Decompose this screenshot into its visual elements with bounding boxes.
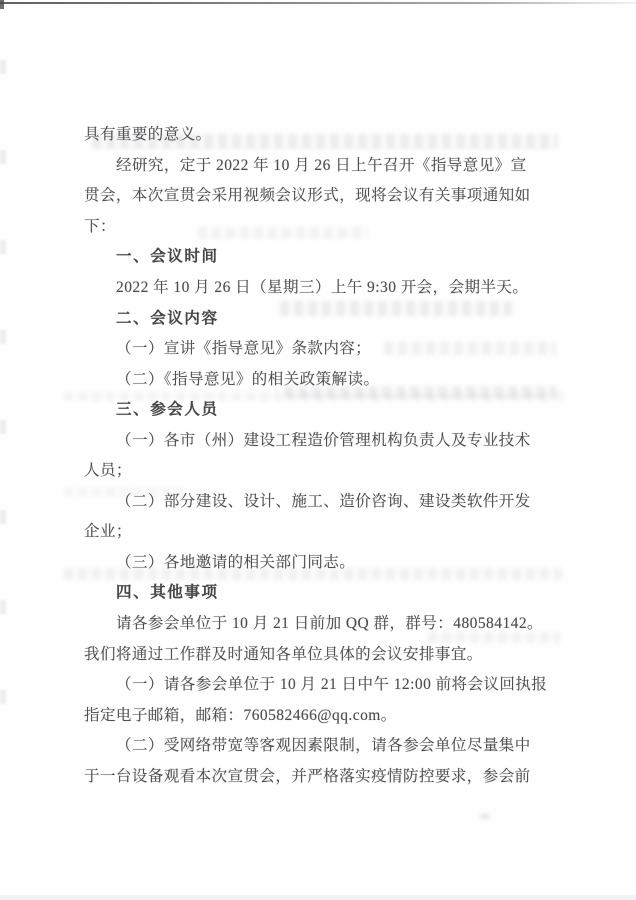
document-text-line: 贯会，本次宣贯会采用视频会议形式，现将会议有关事项通知如 xyxy=(84,179,570,210)
document-text-line: 具有重要的意义。 xyxy=(84,118,570,149)
section-heading-line: 二、会议内容 xyxy=(84,301,570,332)
section-heading-line: 三、参会人员 xyxy=(84,393,570,424)
scan-top-edge-artifact xyxy=(0,2,636,4)
document-text-line: （二）《指导意见》的相关政策解读。 xyxy=(84,362,570,393)
document-text-line: 请各参会单位于 10 月 21 日前加 QQ 群，群号：480584142。 xyxy=(84,607,570,638)
document-text-line: （一）请各参会单位于 10 月 21 日中午 12:00 前将会议回执报 xyxy=(84,668,570,699)
scan-bottom-edge-artifact xyxy=(0,895,636,900)
scanned-document-page: 具有重要的意义。经研究，定于 2022 年 10 月 26 日上午召开《指导意见… xyxy=(0,0,636,900)
document-text-line: 经研究，定于 2022 年 10 月 26 日上午召开《指导意见》宣 xyxy=(84,149,570,180)
bleedthrough-artifact xyxy=(480,814,494,819)
document-text-line: （三）各地邀请的相关部门同志。 xyxy=(84,546,570,577)
document-body: 具有重要的意义。经研究，定于 2022 年 10 月 26 日上午召开《指导意见… xyxy=(84,118,570,790)
document-text-line: （二）部分建设、设计、施工、造价咨询、建设类软件开发 xyxy=(84,485,570,516)
document-text-line: （一）宣讲《指导意见》条款内容； xyxy=(84,332,570,363)
document-text-line: 于一台设备观看本次宣贯会，并严格落实疫情防控要求，参会前 xyxy=(84,759,570,790)
document-text-line: （一）各市（州）建设工程造价管理机构负责人及专业技术 xyxy=(84,423,570,454)
scan-corner-artifact xyxy=(0,0,4,9)
document-text-line: 2022 年 10 月 26 日（星期三）上午 9:30 开会，会期半天。 xyxy=(84,271,570,302)
scan-left-edge-artifact xyxy=(0,60,6,760)
document-text-line: 我们将通过工作群及时通知各单位具体的会议安排事宜。 xyxy=(84,637,570,668)
section-heading-line: 四、其他事项 xyxy=(84,576,570,607)
document-text-line: （二）受网络带宽等客观因素限制，请各参会单位尽量集中 xyxy=(84,729,570,760)
document-text-line: 企业； xyxy=(84,515,570,546)
document-text-line: 下： xyxy=(84,210,570,241)
document-text-line: 人员； xyxy=(84,454,570,485)
document-text-line: 指定电子邮箱，邮箱：760582466@qq.com。 xyxy=(84,698,570,729)
section-heading-line: 一、会议时间 xyxy=(84,240,570,271)
